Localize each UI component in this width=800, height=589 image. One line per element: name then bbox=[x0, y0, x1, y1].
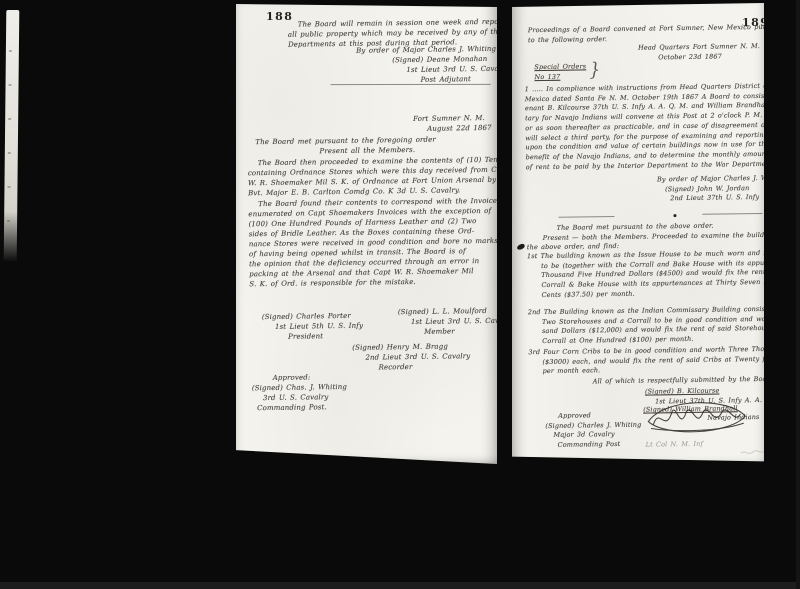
document-page-left: 188 The Board will remain in session one… bbox=[236, 2, 497, 464]
divider-rule bbox=[558, 216, 614, 218]
ink-dot bbox=[673, 214, 676, 217]
handwritten-line: Lt Col N. M. Inf bbox=[646, 440, 703, 451]
handwritten-line: August 22d 1867 bbox=[427, 123, 492, 134]
special-orders-heading: Special OrdersNo 137 bbox=[534, 62, 586, 82]
approval-block-right: Approved(Signed) Charles J. WhitingMajor… bbox=[545, 411, 641, 451]
handwritten-line: Member bbox=[424, 326, 501, 337]
microfilm-frame: 188 The Board will remain in session one… bbox=[0, 0, 800, 589]
finding-item-2: 2nd The Building known as the Indian Com… bbox=[528, 304, 800, 347]
approval-block-left: Approved:(Signed) Chas. J. Whiting3rd U.… bbox=[252, 372, 348, 413]
edge-writing-marks bbox=[7, 34, 12, 234]
brace-mark: } bbox=[589, 59, 600, 81]
handwritten-line: Recorder bbox=[378, 361, 470, 372]
ink-blot bbox=[516, 243, 525, 250]
handwritten-line: No 137 bbox=[534, 72, 586, 82]
handwritten-line: Commanding Post bbox=[558, 440, 642, 451]
opening-lines: The Board met pursuant to the foregoing … bbox=[247, 135, 436, 158]
handwritten-line: Present all the Members. bbox=[319, 145, 436, 157]
pencil-mark bbox=[740, 447, 774, 457]
film-bottom-edge bbox=[0, 582, 800, 589]
finding-item-3: 3rd Four Corn Cribs to be in good condit… bbox=[528, 344, 800, 377]
order-signoff-block: By order of Major Charles J. Whiting(Sig… bbox=[657, 174, 788, 205]
dateline-block: Head Quarters Fort Sumner N. M.October 2… bbox=[638, 42, 760, 63]
paragraph-findings: The Board found their contents to corres… bbox=[248, 196, 502, 290]
handwritten-line: Commanding Post. bbox=[257, 402, 347, 413]
previous-page-edge bbox=[4, 10, 20, 262]
finding-item-1: 1st The building known as the Issue Hous… bbox=[527, 248, 800, 301]
special-order-body: 1 ..... In compliance with instructions … bbox=[525, 81, 800, 172]
signature-flourish bbox=[645, 401, 749, 438]
divider-rule bbox=[702, 213, 762, 215]
handwritten-line: 2nd Lieut 37th U. S. Infy bbox=[670, 193, 788, 204]
handwriting-layer-left: The Board will remain in session one wee… bbox=[235, 0, 502, 464]
faint-endorsement: Lt Col N. M. Inf bbox=[646, 440, 703, 451]
handwritten-line: October 23d 1867 bbox=[658, 52, 760, 63]
signature-president: (Signed) Charles Porter1st Lieut 5th U. … bbox=[262, 311, 363, 342]
paragraph-ordnance-boxes: The Board then proceeded to examine the … bbox=[248, 154, 523, 198]
dateline-block: Fort Sumner N. M.August 22d 1867 bbox=[413, 113, 492, 134]
order-signoff-block: By order of Major Charles J. Whiting(Sig… bbox=[356, 44, 509, 86]
signature-member: (Signed) L. L. Moulford1st Lieut 3rd U. … bbox=[398, 306, 501, 337]
signature-recorder: (Signed) Henry M. Bragg2nd Lieut 3rd U. … bbox=[352, 341, 470, 373]
film-right-edge bbox=[796, 0, 800, 589]
handwritten-line: President bbox=[288, 331, 363, 342]
handwritten-line: S. K. of Ord. is responsible for the mis… bbox=[249, 276, 502, 290]
divider-rule bbox=[331, 84, 491, 85]
document-page-right: 189 Proceedings of a Board convened at F… bbox=[512, 0, 764, 466]
handwriting-layer-right: Proceedings of a Board convened at Fort … bbox=[511, 0, 769, 466]
